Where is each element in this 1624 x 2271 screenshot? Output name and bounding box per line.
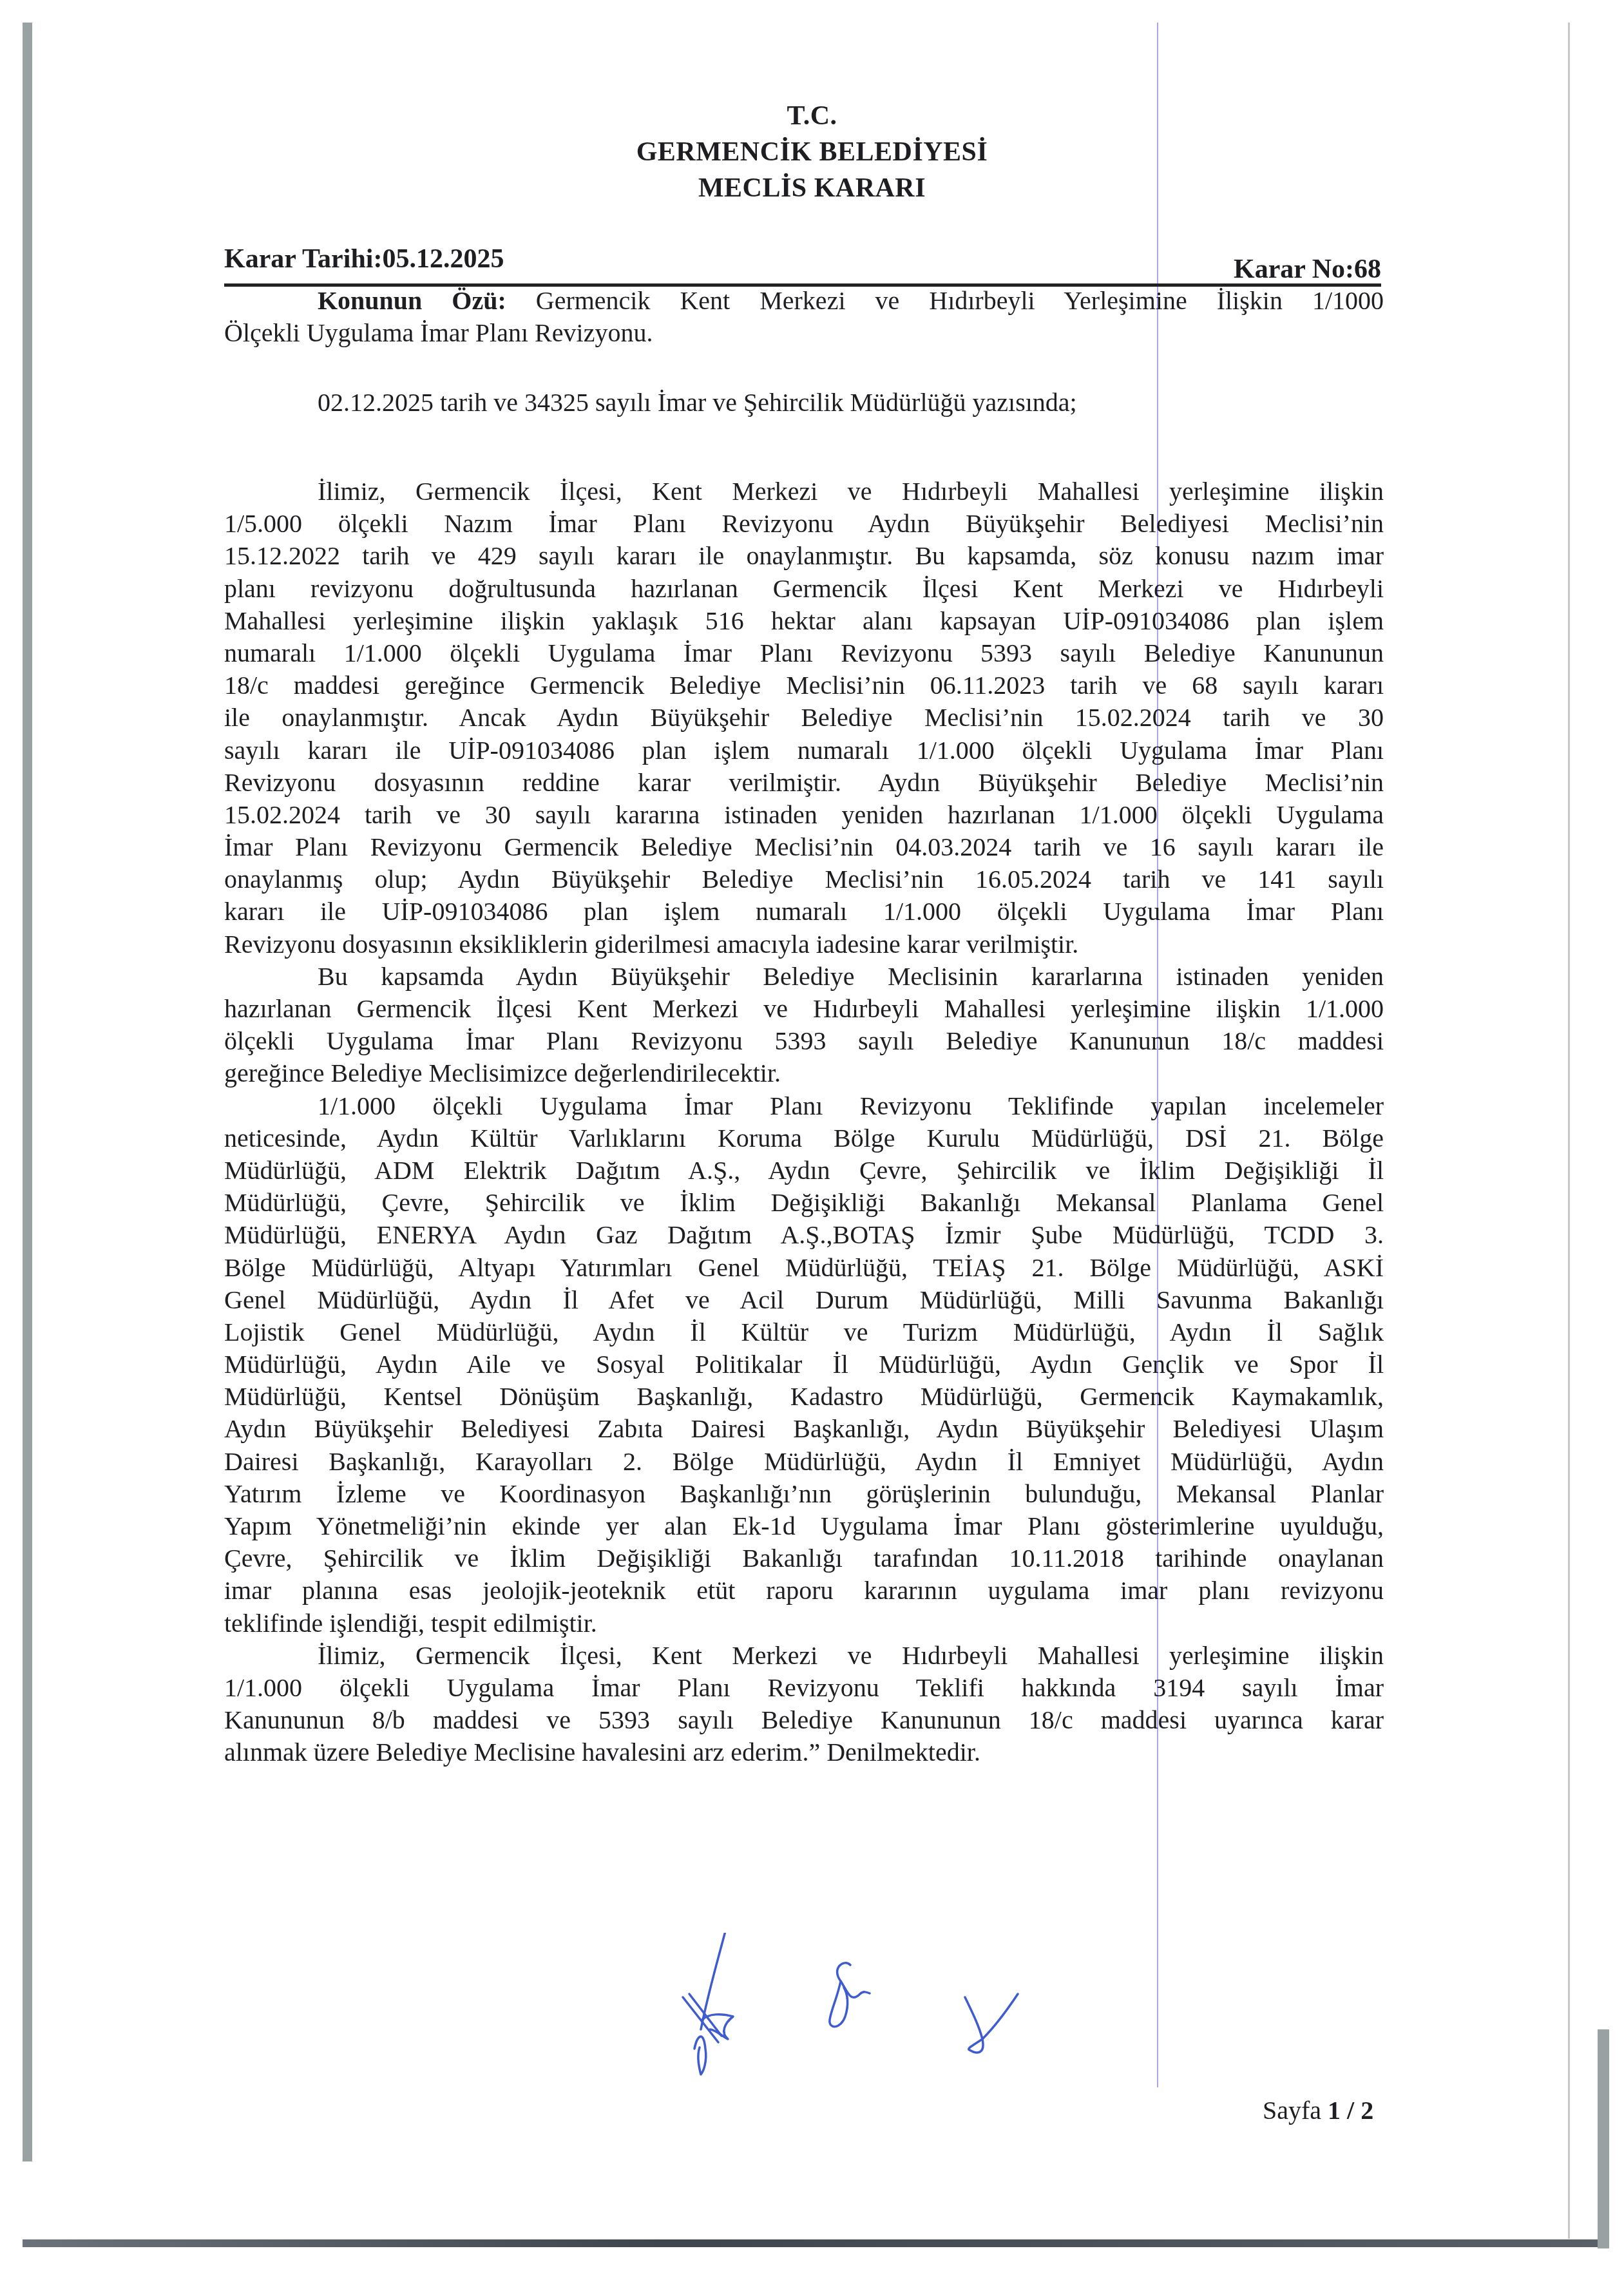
paragraph-line: İmar Planı Revizyonu Germencik Belediye … [224,831,1384,863]
paragraph-line: 18/c maddesi gereğince Germencik Belediy… [224,669,1384,702]
decision-number-label: Karar No: [1234,254,1354,284]
subject-line: Konunun Özü: Germencik Kent Merkezi ve H… [224,285,1384,317]
page-label: Sayfa [1263,2096,1321,2125]
document-header: T.C. GERMENCİK BELEDİYESİ MECLİS KARARI [0,98,1624,206]
intro-text: 02.12.2025 tarih ve 34325 sayılı İmar ve… [224,387,1384,419]
header-state: T.C. [0,98,1624,134]
decision-meta-row: Karar Tarihi:05.12.2025 Karar No:68 [224,244,1381,287]
signature-1-icon [683,1933,733,2075]
paragraph-line: Lojistik Genel Müdürlüğü, Aydın İl Kültü… [224,1316,1384,1348]
paragraph-line: Dairesi Başkanlığı, Karayolları 2. Bölge… [224,1446,1384,1478]
paragraph-line: Müdürlüğü, ADM Elektrik Dağıtım A.Ş., Ay… [224,1155,1384,1187]
paragraph-line: kararı ile UİP-091034086 plan işlem numa… [224,896,1384,928]
subject-text: Germencik Kent Merkezi ve Hıdırbeyli Yer… [506,286,1384,315]
paragraph-line: İlimiz, Germencik İlçesi, Kent Merkezi v… [224,475,1384,508]
paragraph-line: ile onaylanmıştır. Ancak Aydın Büyükşehi… [224,702,1384,734]
subject-block: Konunun Özü: Germencik Kent Merkezi ve H… [224,285,1384,349]
paragraph-line: Yapım Yönetmeliği’nin ekinde yer alan Ek… [224,1510,1384,1542]
scan-border-right [1568,23,1570,2239]
paragraph-line: 1/1.000 ölçekli Uygulama İmar Planı Revi… [224,1090,1384,1122]
page-number: Sayfa 1 / 2 [1263,2095,1373,2126]
signature-strokes [657,1933,1108,2087]
paragraph-line: Bu kapsamda Aydın Büyükşehir Belediye Me… [224,961,1384,993]
paragraph-line: Müdürlüğü, ENERYA Aydın Gaz Dağıtım A.Ş.… [224,1219,1384,1251]
decision-date: Karar Tarihi:05.12.2025 [224,244,504,274]
decision-date-label: Karar Tarihi: [224,244,382,274]
paragraph-line: Kanununun 8/b maddesi ve 5393 sayılı Bel… [224,1704,1384,1736]
paragraph-line: 15.02.2024 tarih ve 30 sayılı kararına i… [224,799,1384,831]
paragraph-line: Aydın Büyükşehir Belediyesi Zabıta Daire… [224,1413,1384,1445]
paragraph-line: 1/5.000 ölçekli Nazım İmar Planı Revizyo… [224,508,1384,540]
paragraph-line: Yatırım İzleme ve Koordinasyon Başkanlığ… [224,1478,1384,1510]
subject-line: Ölçekli Uygulama İmar Planı Revizyonu. [224,317,1384,349]
paragraph-line: 1/1.000 ölçekli Uygulama İmar Planı Revi… [224,1672,1384,1704]
paragraph-line: imar planına esas jeolojik-jeoteknik etü… [224,1575,1384,1607]
decision-number-value: 68 [1354,254,1381,284]
scan-border-bottom [23,2239,1607,2247]
paragraph-line: gereğince Belediye Meclisimizce değerlen… [224,1057,1384,1089]
paragraph-line: İlimiz, Germencik İlçesi, Kent Merkezi v… [224,1640,1384,1672]
subject-label: Konunun Özü: [318,286,506,315]
paragraph-line: Müdürlüğü, Çevre, Şehircilik ve İklim De… [224,1187,1384,1219]
paragraph-line: Revizyonu dosyasının reddine karar veril… [224,767,1384,799]
paragraph-line: hazırlanan Germencik İlçesi Kent Merkezi… [224,993,1384,1025]
page-total: 2 [1361,2096,1373,2125]
paragraph-line: ölçekli Uygulama İmar Planı Revizyonu 53… [224,1025,1384,1057]
scan-border-left [23,23,32,2161]
signatures [657,1933,1108,2087]
paragraph-line: planı revizyonu doğrultusunda hazırlanan… [224,573,1384,605]
decision-number: Karar No:68 [1234,254,1381,285]
paragraph-line: alınmak üzere Belediye Meclisine havales… [224,1736,1384,1768]
header-institution: GERMENCİK BELEDİYESİ [0,134,1624,170]
paragraph-line: Müdürlüğü, Aydın Aile ve Sosyal Politika… [224,1348,1384,1381]
decision-date-value: 05.12.2025 [382,244,504,274]
header-document-type: MECLİS KARARI [0,170,1624,206]
paragraph-line: Genel Müdürlüğü, Aydın İl Afet ve Acil D… [224,1284,1384,1316]
paragraph-line: onaylanmış olup; Aydın Büyükşehir Beledi… [224,863,1384,896]
document-body: İlimiz, Germencik İlçesi, Kent Merkezi v… [224,475,1384,1769]
paragraph-line: neticesinde, Aydın Kültür Varlıklarını K… [224,1122,1384,1155]
paragraph-line: 15.12.2022 tarih ve 429 sayılı kararı il… [224,540,1384,572]
paragraph-line: Mahallesi yerleşimine ilişkin yaklaşık 5… [224,605,1384,637]
intro-block: 02.12.2025 tarih ve 34325 sayılı İmar ve… [224,387,1384,419]
scan-border-right-shadow [1598,2029,1609,2248]
paragraph-line: numaralı 1/1.000 ölçekli Uygulama İmar P… [224,637,1384,669]
paragraph-line: Bölge Müdürlüğü, Altyapı Yatırımları Gen… [224,1252,1384,1284]
paragraph-line: Revizyonu dosyasının eksikliklerin gider… [224,928,1384,961]
paragraph-line: Çevre, Şehircilik ve İklim Değişikliği B… [224,1542,1384,1575]
paragraph-line: teklifinde işlendiği, tespit edilmiştir. [224,1607,1384,1640]
signature-2-icon [830,1963,870,2027]
page-separator: / [1347,2096,1354,2125]
signature-3-icon [965,1994,1018,2053]
paragraph-line: sayılı kararı ile UİP-091034086 plan işl… [224,734,1384,767]
paragraph-line: Müdürlüğü, Kentsel Dönüşüm Başkanlığı, K… [224,1381,1384,1413]
page-current: 1 [1328,2096,1341,2125]
